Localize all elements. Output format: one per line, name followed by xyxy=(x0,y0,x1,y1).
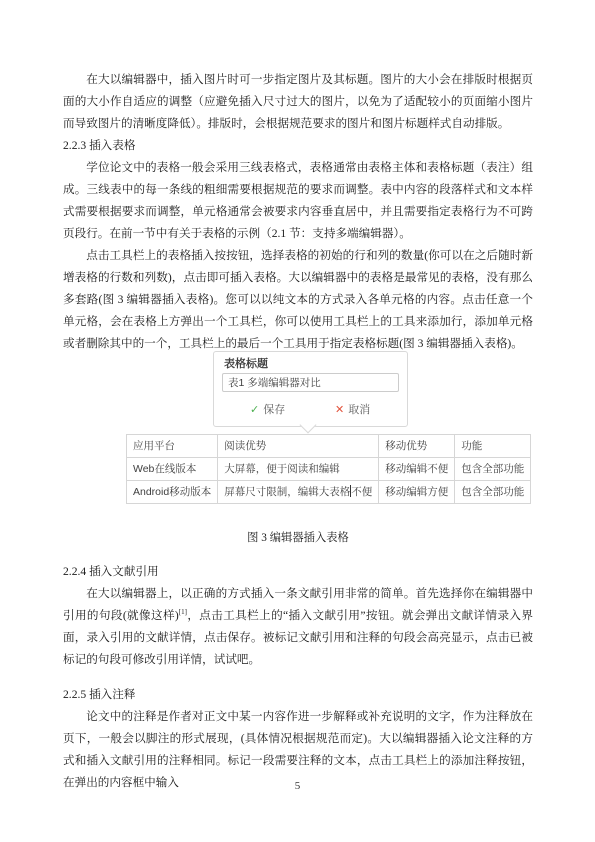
table-header-cell[interactable]: 功能 xyxy=(455,435,531,458)
check-icon: ✓ xyxy=(250,404,259,416)
cancel-button[interactable]: ✕取消 xyxy=(335,401,370,419)
paragraph-224: 在大以编辑器上，以正确的方式插入一条文献引用非常的简单。首先选择你在编辑器中引用… xyxy=(63,583,533,671)
selected-cell-text-before: 屏幕尺寸限制，编辑大表格 xyxy=(224,486,350,498)
table-header-row: 应用平台 阅读优势 移动优势 功能 xyxy=(127,435,531,458)
popup-actions: ✓保存 ✕取消 xyxy=(214,401,407,419)
save-button[interactable]: ✓保存 xyxy=(250,401,285,419)
selected-cell-text-after: 不便 xyxy=(351,486,372,498)
table-cell[interactable]: 包含全部功能 xyxy=(455,458,531,481)
table-cell[interactable]: Web在线版本 xyxy=(127,458,218,481)
table-header-cell[interactable]: 应用平台 xyxy=(127,435,218,458)
comparison-table: 应用平台 阅读优势 移动优势 功能 Web在线版本 大屏幕，便于阅读和编辑 移动… xyxy=(126,434,531,504)
table-cell-selected[interactable]: 屏幕尺寸限制，编辑大表格不便 xyxy=(218,481,379,504)
page-number: 5 xyxy=(0,779,595,793)
paragraph-intro: 在大以编辑器中，插入图片时可一步指定图片及其标题。图片的大小会在排版时根据页面的… xyxy=(63,69,533,135)
page-content: 在大以编辑器中，插入图片时可一步指定图片及其标题。图片的大小会在排版时根据页面的… xyxy=(63,69,533,794)
table-caption-popup: 表格标题 ✓保存 ✕取消 xyxy=(213,351,408,427)
table-cell[interactable]: 包含全部功能 xyxy=(455,481,531,504)
close-icon: ✕ xyxy=(335,404,344,416)
section-heading-225: 2.2.5 插入注释 xyxy=(63,684,533,706)
table-header-cell[interactable]: 移动优势 xyxy=(379,435,455,458)
table-cell[interactable]: Android移动版本 xyxy=(127,481,218,504)
citation-superscript: [1] xyxy=(179,608,187,616)
table-row: Android移动版本 屏幕尺寸限制，编辑大表格不便 移动编辑方便 包含全部功能 xyxy=(127,481,531,504)
table-header-cell[interactable]: 阅读优势 xyxy=(218,435,379,458)
figure-editor-table-screenshot: 表格标题 ✓保存 ✕取消 应用平台 阅读优势 移动优势 功能 xyxy=(63,349,533,501)
table-cell[interactable]: 移动编辑方便 xyxy=(379,481,455,504)
table-caption-label: 表格标题 xyxy=(224,357,268,371)
document-page: 在大以编辑器中，插入图片时可一步指定图片及其标题。图片的大小会在排版时根据页面的… xyxy=(0,0,595,842)
table-row: Web在线版本 大屏幕，便于阅读和编辑 移动编辑不便 包含全部功能 xyxy=(127,458,531,481)
paragraph-223-1: 学位论文中的表格一般会采用三线表格式，表格通常由表格主体和表格标题（表注）组成。… xyxy=(63,157,533,245)
table-cell[interactable]: 大屏幕，便于阅读和编辑 xyxy=(218,458,379,481)
section-heading-224: 2.2.4 插入文献引用 xyxy=(63,561,533,583)
save-button-label: 保存 xyxy=(263,404,285,416)
paragraph-223-2: 点击工具栏上的表格插入按按钮，选择表格的初始的行和列的数量(你可以在之后随时新增… xyxy=(63,245,533,355)
figure-caption: 图 3 编辑器插入表格 xyxy=(63,527,533,549)
table-cell[interactable]: 移动编辑不便 xyxy=(379,458,455,481)
section-heading-223: 2.2.3 插入表格 xyxy=(63,135,533,157)
cancel-button-label: 取消 xyxy=(348,404,370,416)
table-caption-input[interactable] xyxy=(222,373,399,392)
